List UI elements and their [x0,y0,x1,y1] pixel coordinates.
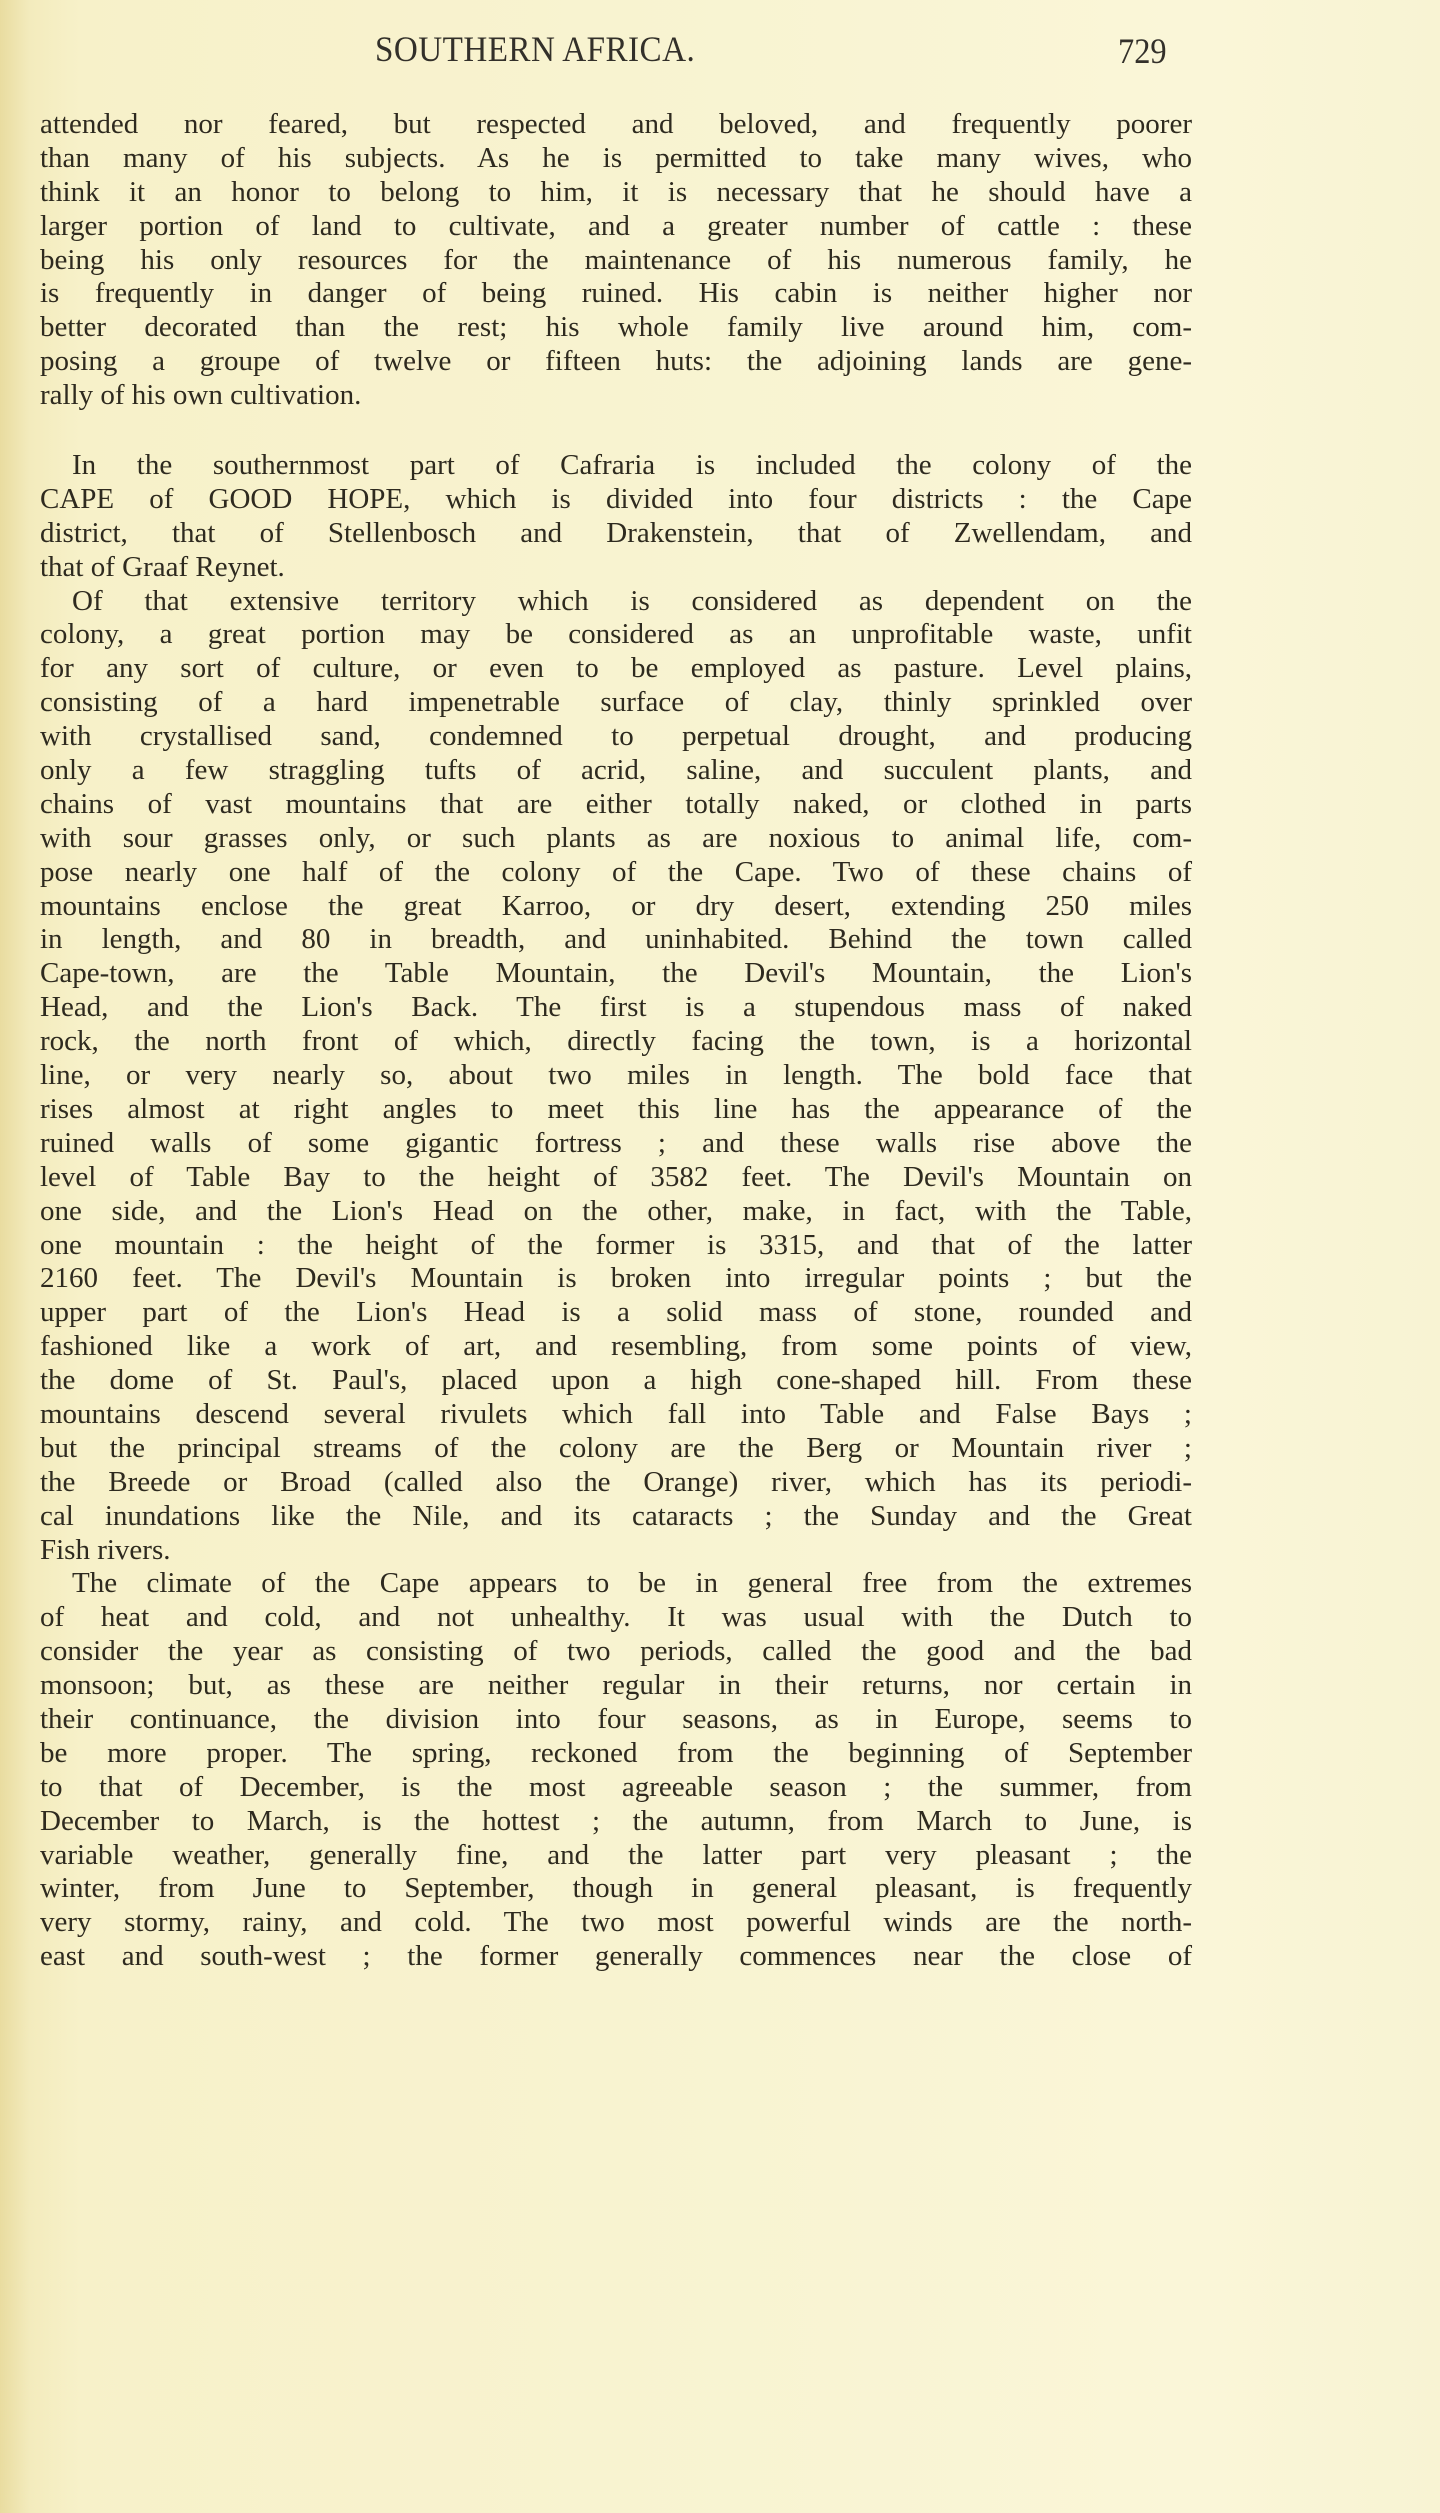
text-line: Cape-town, are the Table Mountain, the D… [40,957,1192,991]
text-line: CAPE of GOOD HOPE, which is divided into… [40,483,1192,517]
text-line: consisting of a hard impenetrable surfac… [40,686,1192,720]
text-line: with crystallised sand, condemned to per… [40,720,1192,754]
text-line: mountains enclose the great Karroo, or d… [40,890,1192,924]
paragraph-cape-colony: In the southernmost part of Cafraria is … [40,449,1192,585]
text-line: line, or very nearly so, about two miles… [40,1059,1192,1093]
text-line: winter, from June to September, though i… [40,1872,1192,1906]
text-line: Fish rivers. [40,1534,1192,1568]
text-line: monsoon; but, as these are neither regul… [40,1669,1192,1703]
text-line: rises almost at right angles to meet thi… [40,1093,1192,1127]
text-line: the Breede or Broad (called also the Ora… [40,1466,1192,1500]
text-line: attended nor feared, but respected and b… [40,108,1192,142]
text-line: Head, and the Lion's Back. The first is … [40,991,1192,1025]
running-title: SOUTHERN AFRICA. [375,28,695,70]
text-line: than many of his subjects. As he is perm… [40,142,1192,176]
paragraph-climate: The climate of the Cape appears to be in… [40,1567,1192,1974]
text-line: larger portion of land to cultivate, and… [40,210,1192,244]
text-line: in length, and 80 in breadth, and uninha… [40,923,1192,957]
text-line: for any sort of culture, or even to be e… [40,652,1192,686]
text-line: is frequently in danger of being ruined.… [40,277,1192,311]
text-line: east and south-west ; the former general… [40,1940,1192,1974]
text-line: 2160 feet. The Devil's Mountain is broke… [40,1262,1192,1296]
text-line: district, that of Stellenbosch and Drake… [40,517,1192,551]
page-number: 729 [1118,30,1167,72]
text-line: with sour grasses only, or such plants a… [40,822,1192,856]
text-line: rock, the north front of which, directly… [40,1025,1192,1059]
text-line: consider the year as consisting of two p… [40,1635,1192,1669]
text-line: mountains descend several rivulets which… [40,1398,1192,1432]
text-line: think it an honor to belong to him, it i… [40,176,1192,210]
text-line: upper part of the Lion's Head is a solid… [40,1296,1192,1330]
text-line: the dome of St. Paul's, placed upon a hi… [40,1364,1192,1398]
text-line: colony, a great portion may be considere… [40,618,1192,652]
text-line: variable weather, generally fine, and th… [40,1839,1192,1873]
text-line: December to March, is the hottest ; the … [40,1805,1192,1839]
text-line: In the southernmost part of Cafraria is … [40,449,1192,483]
text-line: be more proper. The spring, reckoned fro… [40,1737,1192,1771]
paragraph-chief-continued: attended nor feared, but respected and b… [40,108,1192,413]
text-line: rally of his own cultivation. [40,379,1192,413]
text-line: their continuance, the division into fou… [40,1703,1192,1737]
text-line: pose nearly one half of the colony of th… [40,856,1192,890]
text-line: one side, and the Lion's Head on the oth… [40,1195,1192,1229]
text-line: level of Table Bay to the height of 3582… [40,1161,1192,1195]
text-line: being his only resources for the mainten… [40,244,1192,278]
text-line: that of Graaf Reynet. [40,551,1192,585]
text-line: The climate of the Cape appears to be in… [40,1567,1192,1601]
text-line: one mountain : the height of the former … [40,1229,1192,1263]
paragraph-territory: Of that extensive territory which is con… [40,585,1192,1568]
text-line: fashioned like a work of art, and resemb… [40,1330,1192,1364]
text-line: Of that extensive territory which is con… [40,585,1192,619]
text-line: better decorated than the rest; his whol… [40,311,1192,345]
text-line: very stormy, rainy, and cold. The two mo… [40,1906,1192,1940]
section-spacer [40,413,1192,449]
page-header: SOUTHERN AFRICA. 729 [0,28,1440,78]
text-line: posing a groupe of twelve or fifteen hut… [40,345,1192,379]
text-line: but the principal streams of the colony … [40,1432,1192,1466]
text-line: only a few straggling tufts of acrid, sa… [40,754,1192,788]
text-line: of heat and cold, and not unhealthy. It … [40,1601,1192,1635]
body-text: attended nor feared, but respected and b… [40,108,1192,1974]
text-line: chains of vast mountains that are either… [40,788,1192,822]
text-line: cal inundations like the Nile, and its c… [40,1500,1192,1534]
text-line: to that of December, is the most agreeab… [40,1771,1192,1805]
text-line: ruined walls of some gigantic fortress ;… [40,1127,1192,1161]
